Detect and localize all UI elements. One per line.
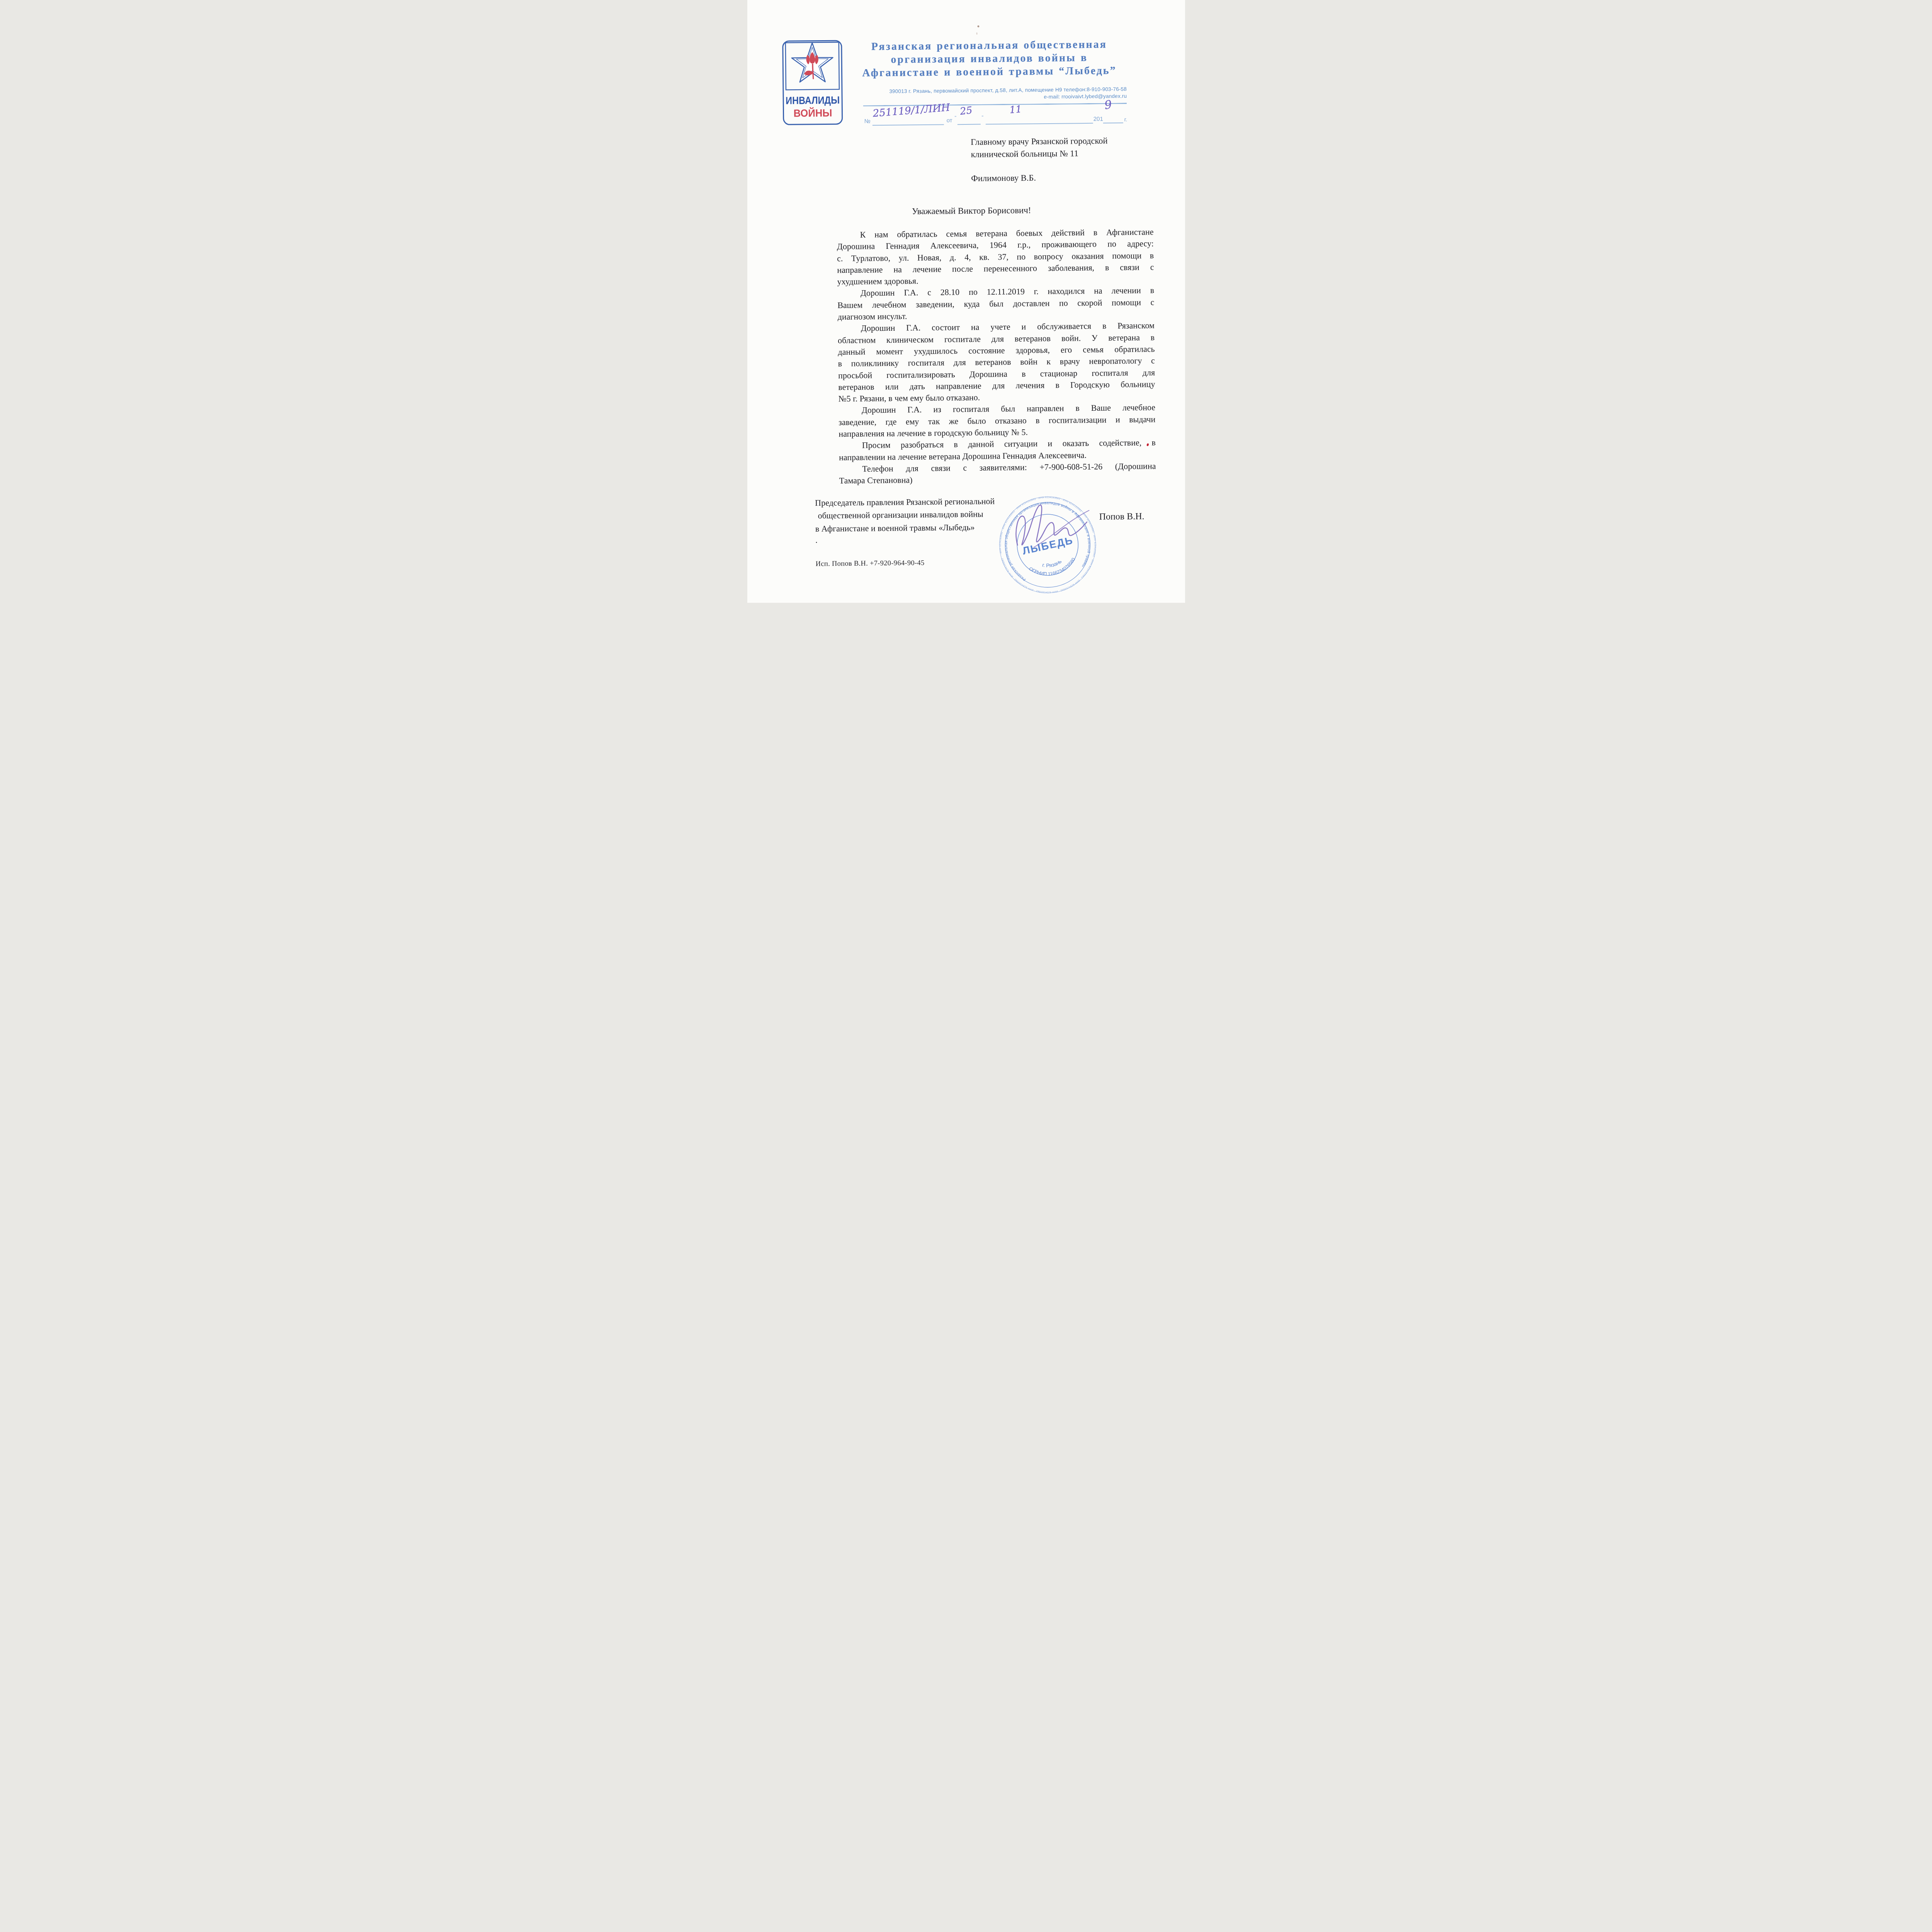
ref-number-label: №: [864, 118, 870, 124]
paper-speck-icon: [976, 32, 977, 35]
logo-text-line1: ИНВАЛИДЫ: [786, 94, 840, 106]
ref-year-handwritten: 9: [1104, 98, 1113, 112]
ref-day-close-quote: ": [981, 115, 983, 120]
ref-line: № 251119/1/ЛИН от " 25 " 11 201 9 г.: [747, 0, 1182, 2]
signature-stray-dot: .: [815, 535, 818, 545]
ref-from-label: от: [946, 117, 952, 124]
signature-title-line-3: в Афганистане и военной травмы «Лыбедь»: [815, 520, 995, 535]
invalidy-voyny-logo: ИНВАЛИДЫ ВОЙНЫ: [781, 39, 843, 126]
recipient-line-2: клинической больницы № 11: [971, 147, 1107, 160]
ref-year-prefix: 201: [1093, 116, 1103, 122]
signature-scribble: [1010, 493, 1099, 554]
scanned-letter-page: ИНВАЛИДЫ ВОЙНЫ Рязанская региональная об…: [747, 0, 1185, 603]
org-name-line-3: Афганистане и военной травмы “Лыбедь”: [854, 64, 1124, 80]
ref-day-open-quote: ": [954, 115, 956, 120]
letter-sheet: ИНВАЛИДЫ ВОЙНЫ Рязанская региональная об…: [747, 0, 1185, 603]
salutation: Уважаемый Виктор Борисович!: [912, 205, 1031, 216]
ref-year-underline: [1103, 113, 1123, 123]
ref-year-suffix: г.: [1124, 116, 1127, 122]
ref-month-handwritten: 11: [1009, 104, 1022, 116]
ref-month-underline: [985, 114, 1093, 125]
logo-text-line2: ВОЙНЫ: [793, 107, 832, 119]
signature-block: Председатель правления Рязанской региона…: [815, 495, 995, 535]
paper-speck-icon: [977, 26, 979, 27]
recipient-block: Главному врачу Рязанской городской клини…: [971, 134, 1108, 184]
org-contacts: 390013 г. Рязань, первомайский проспект,…: [860, 86, 1126, 102]
signer-name: Попов В.Н.: [1099, 512, 1144, 522]
recipient-name: Филимонову В.Б.: [971, 171, 1108, 184]
org-name-header: Рязанская региональная общественная орга…: [854, 38, 1124, 80]
signature-title-line-1: Председатель правления Рязанской региона…: [815, 495, 995, 509]
letter-body: К нам обратилась семья ветерана боевых д…: [837, 226, 1156, 486]
stamp-ogrnip-text: ОГРНИП 1166234076580: [1027, 556, 1078, 581]
executor-line: Исп. Попов В.Н. +7-920-964-90-45: [815, 559, 924, 568]
signature-title-line-2: общественной организации инвалидов войны: [815, 508, 995, 522]
ref-day-handwritten: 25: [959, 104, 973, 117]
body-line: Тамара Степановна): [839, 472, 1156, 487]
recipient-line-1: Главному врачу Рязанской городской: [971, 134, 1107, 148]
